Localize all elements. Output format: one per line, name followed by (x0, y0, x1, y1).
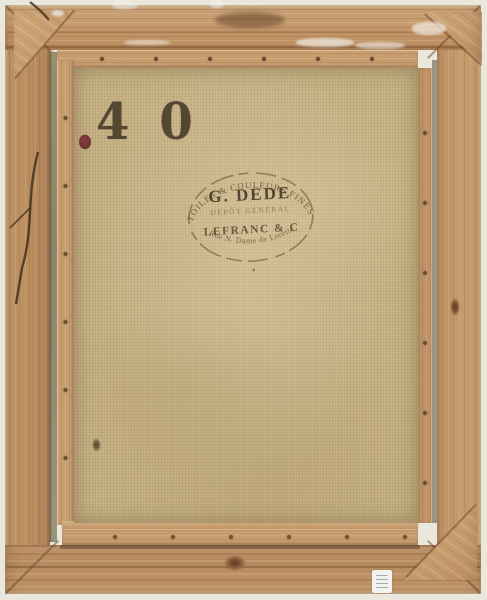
canvas-back: 40 TOILES & COULEURS FINES G. DEDE DÉPÔT… (74, 68, 418, 523)
wood-knot (224, 555, 246, 571)
stretcher-bar-right (418, 68, 432, 523)
wood-stain (215, 12, 285, 28)
rail-plank-seam-upper (6, 31, 480, 33)
rail-plank-seam-lower (6, 46, 480, 48)
paint-smear (124, 40, 170, 45)
stretcher-bar-bottom (62, 529, 418, 545)
red-wax-spot (79, 135, 91, 150)
canvas-size-number: 40 (96, 93, 223, 152)
frame-stretcher-gap-right (432, 60, 437, 523)
stretcher-bar-left (57, 60, 74, 525)
frame-stretcher-gap-bottom (60, 545, 420, 549)
paint-smear (412, 22, 446, 35)
paint-smear (210, 0, 224, 8)
supplier-stamp: TOILES & COULEURS FINES G. DEDE DÉPÔT GÉ… (175, 154, 331, 284)
paint-smear (296, 38, 354, 47)
paint-smear (355, 42, 405, 49)
twig-mark-corner (26, 0, 52, 22)
paint-smear (52, 10, 64, 16)
canvas-size-stencil: 40 (96, 97, 223, 147)
inventory-sticker (372, 570, 392, 593)
stamp-proprietor-name: G. DEDE (208, 183, 292, 206)
wood-knot (450, 298, 460, 316)
frame-rail-bottom (5, 545, 481, 594)
stamp-bottom-mark (252, 269, 255, 272)
stretcher-bar-top (57, 50, 418, 68)
wood-knot (92, 438, 101, 452)
paint-smear (112, 1, 138, 9)
twig-mark (6, 148, 50, 308)
painting-back-photo: 40 TOILES & COULEURS FINES G. DEDE DÉPÔT… (0, 0, 487, 600)
frame-stretcher-gap-left (50, 52, 57, 542)
